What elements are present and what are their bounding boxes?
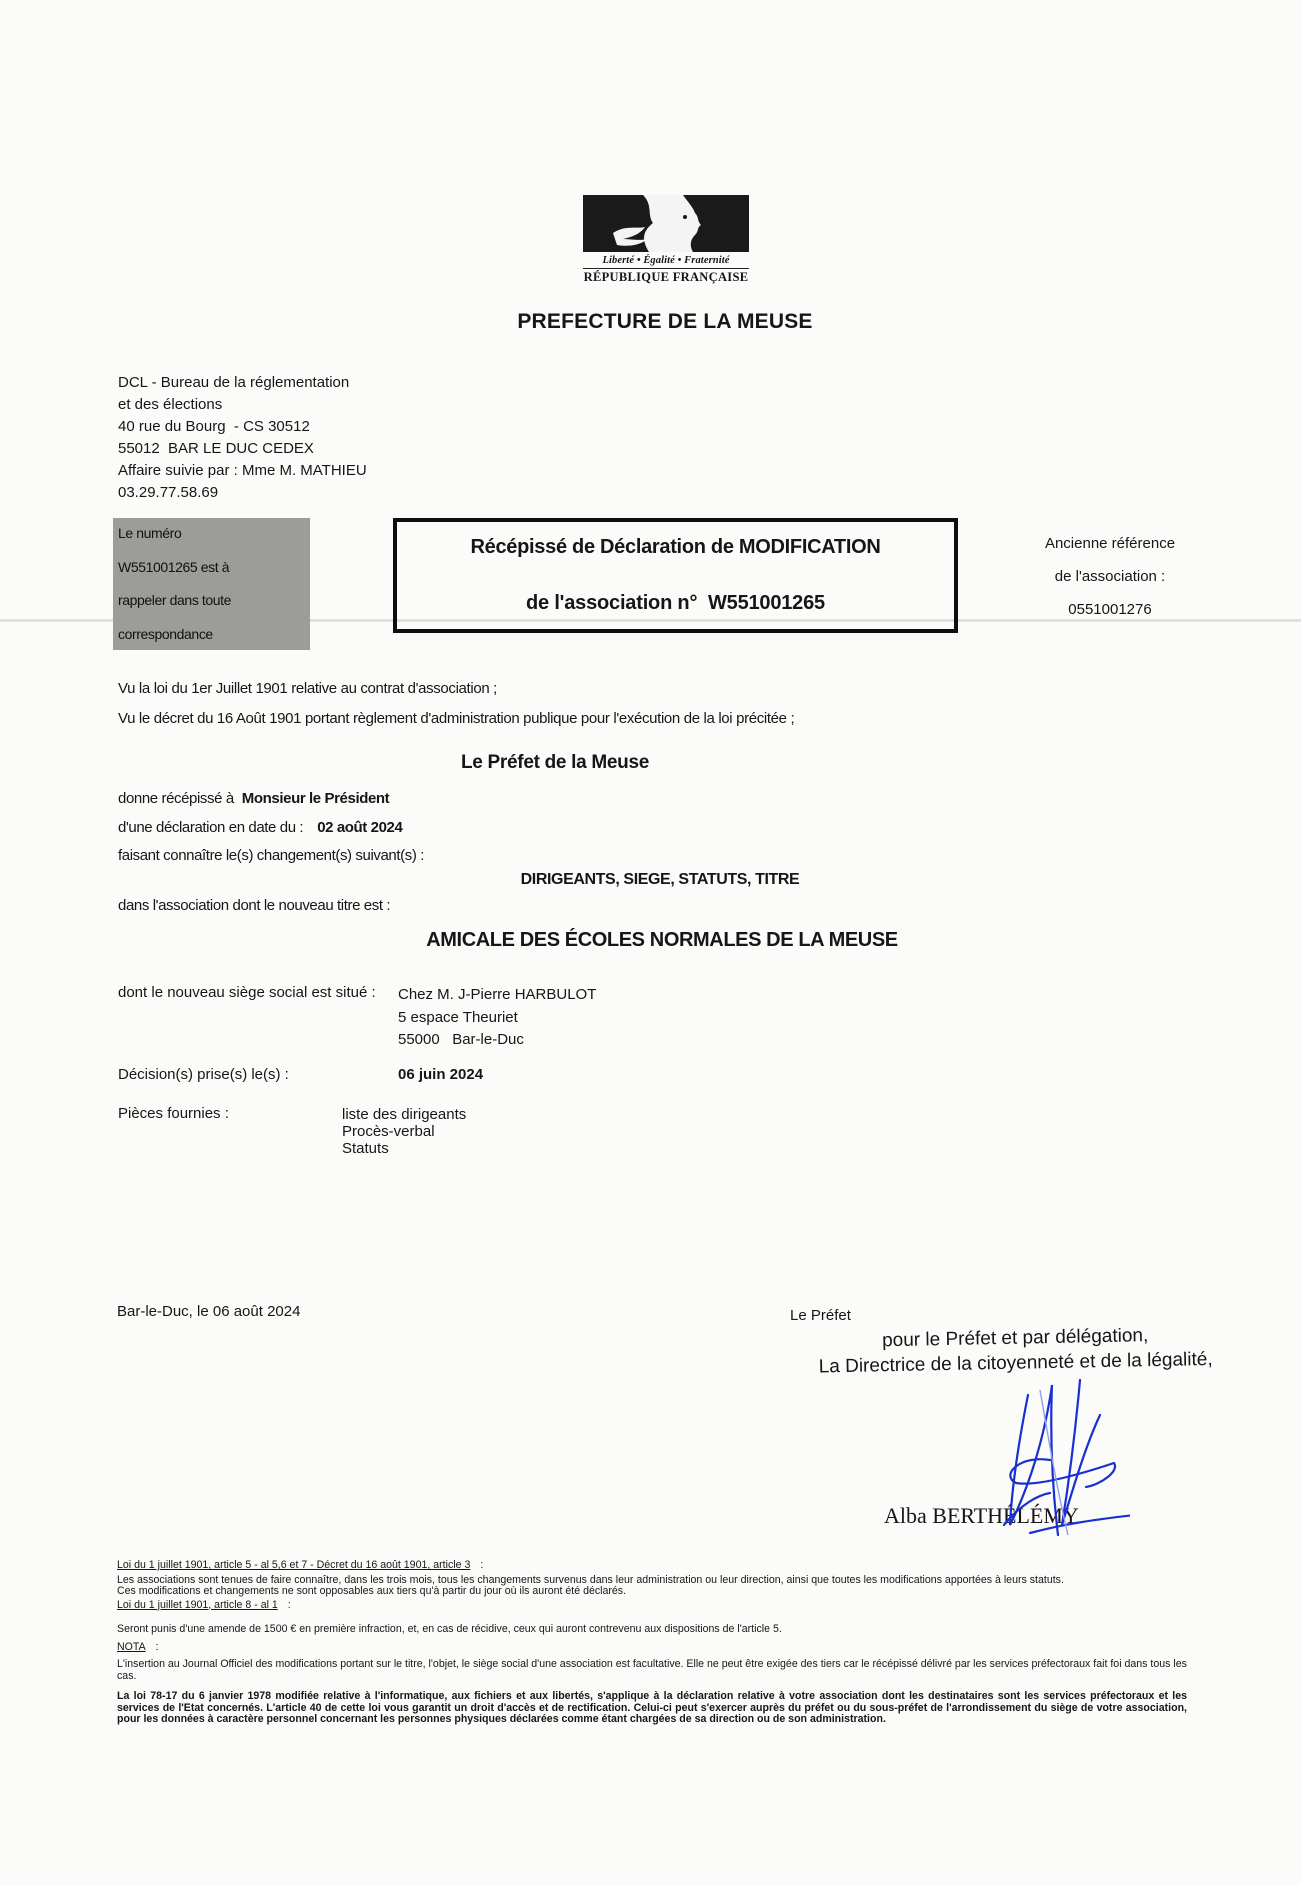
document-item: liste des dirigeants (342, 1106, 466, 1123)
old-reference: Ancienne référence de l'association : 05… (1010, 527, 1210, 626)
logo-divider (583, 268, 749, 269)
handwritten-signature-icon (990, 1375, 1130, 1545)
reminder-line: W551001265 est à (118, 558, 310, 592)
declaration-date-line: d'une déclaration en date du :02 août 20… (118, 819, 402, 836)
seat-line: Chez M. J-Pierre HARBULOT (398, 984, 596, 1007)
changes-list: DIRIGEANTS, SIEGE, STATUTS, TITRE (0, 871, 1301, 889)
old-reference-label: de l'association : (1010, 560, 1210, 593)
old-reference-value: 0551001276 (1010, 593, 1210, 626)
reminder-line: correspondance (118, 625, 310, 659)
motto: Liberté • Égalité • Fraternité (583, 255, 749, 266)
declaration-date-label: d'une déclaration en date du : (118, 819, 303, 836)
nota-text: L'insertion au Journal Officiel des modi… (117, 1659, 1187, 1682)
sender-address: DCL - Bureau de la réglementation et des… (118, 372, 367, 504)
prefecture-title: PREFECTURE DE LA MEUSE (0, 310, 1301, 334)
republic-name: RÉPUBLIQUE FRANÇAISE (583, 270, 749, 285)
sender-line: Affaire suivie par : Mme M. MATHIEU (118, 460, 367, 482)
document-title: Récépissé de Déclaration de MODIFICATION (397, 536, 954, 559)
documents-label: Pièces fournies : (118, 1105, 229, 1122)
footer-reference-2: Loi du 1 juillet 1901, article 8 - al 1 (117, 1599, 278, 1611)
reminder-line: Le numéro (118, 524, 310, 558)
legal-basis-decree: Vu le décret du 16 Août 1901 portant règ… (118, 710, 794, 727)
sender-line: et des élections (118, 394, 367, 416)
reminder-line: rappeler dans toute (118, 591, 310, 625)
seat-label: dont le nouveau siège social est situé : (118, 984, 376, 1001)
decision-date: 06 juin 2024 (398, 1066, 483, 1083)
association-number: de l'association n° W551001265 (397, 592, 954, 615)
prefet-heading: Le Préfet de la Meuse (0, 752, 1110, 774)
sender-phone: 03.29.77.58.69 (118, 482, 367, 504)
seat-line: 5 espace Theuriet (398, 1007, 596, 1030)
footer-reference-1: Loi du 1 juillet 1901, article 5 - al 5,… (117, 1559, 470, 1571)
delegation: pour le Préfet et par délégation, La Dir… (790, 1321, 1241, 1380)
republic-logo: Liberté • Égalité • Fraternité RÉPUBLIQU… (583, 195, 749, 285)
seat-line: 55000 Bar-le-Duc (398, 1029, 596, 1052)
privacy-text: La loi 78-17 du 6 janvier 1978 modifiée … (117, 1691, 1187, 1726)
sender-line: DCL - Bureau de la réglementation (118, 372, 367, 394)
reference-reminder-box: Le numéro W551001265 est à rappeler dans… (113, 518, 310, 650)
legal-basis-law: Vu la loi du 1er Juillet 1901 relative a… (118, 680, 497, 697)
recipient-line: donne récépissé àMonsieur le Président (118, 790, 389, 807)
marianne-logo-icon (583, 195, 749, 252)
footer-text-1b: Ces modifications et changements ne sont… (117, 1586, 1187, 1598)
sender-line: 55012 BAR LE DUC CEDEX (118, 438, 367, 460)
declaration-date: 02 août 2024 (317, 819, 402, 836)
old-reference-label: Ancienne référence (1010, 527, 1210, 560)
recipient: Monsieur le Président (242, 790, 389, 807)
decision-label: Décision(s) prise(s) le(s) : (118, 1066, 289, 1083)
association-new-title: AMICALE DES ÉCOLES NORMALES DE LA MEUSE (0, 929, 1301, 952)
seat-address: Chez M. J-Pierre HARBULOT 5 espace Theur… (398, 984, 596, 1052)
place-date: Bar-le-Duc, le 06 août 2024 (117, 1303, 300, 1320)
nota-label: NOTA (117, 1641, 146, 1653)
document-item: Statuts (342, 1140, 466, 1157)
changes-label: faisant connaître le(s) changement(s) su… (118, 847, 424, 864)
authority: Le Préfet (790, 1307, 851, 1324)
footer-text-2: Seront punis d'une amende de 1500 € en p… (117, 1624, 1187, 1636)
sender-line: 40 rue du Bourg - CS 30512 (118, 416, 367, 438)
legal-footer: Loi du 1 juillet 1901, article 5 - al 5,… (117, 1560, 1187, 1726)
document-title-box: Récépissé de Déclaration de MODIFICATION… (393, 518, 958, 633)
document-item: Procès-verbal (342, 1123, 466, 1140)
recipient-label: donne récépissé à (118, 790, 234, 807)
new-title-label: dans l'association dont le nouveau titre… (118, 897, 390, 914)
documents-list: liste des dirigeants Procès-verbal Statu… (342, 1106, 466, 1157)
